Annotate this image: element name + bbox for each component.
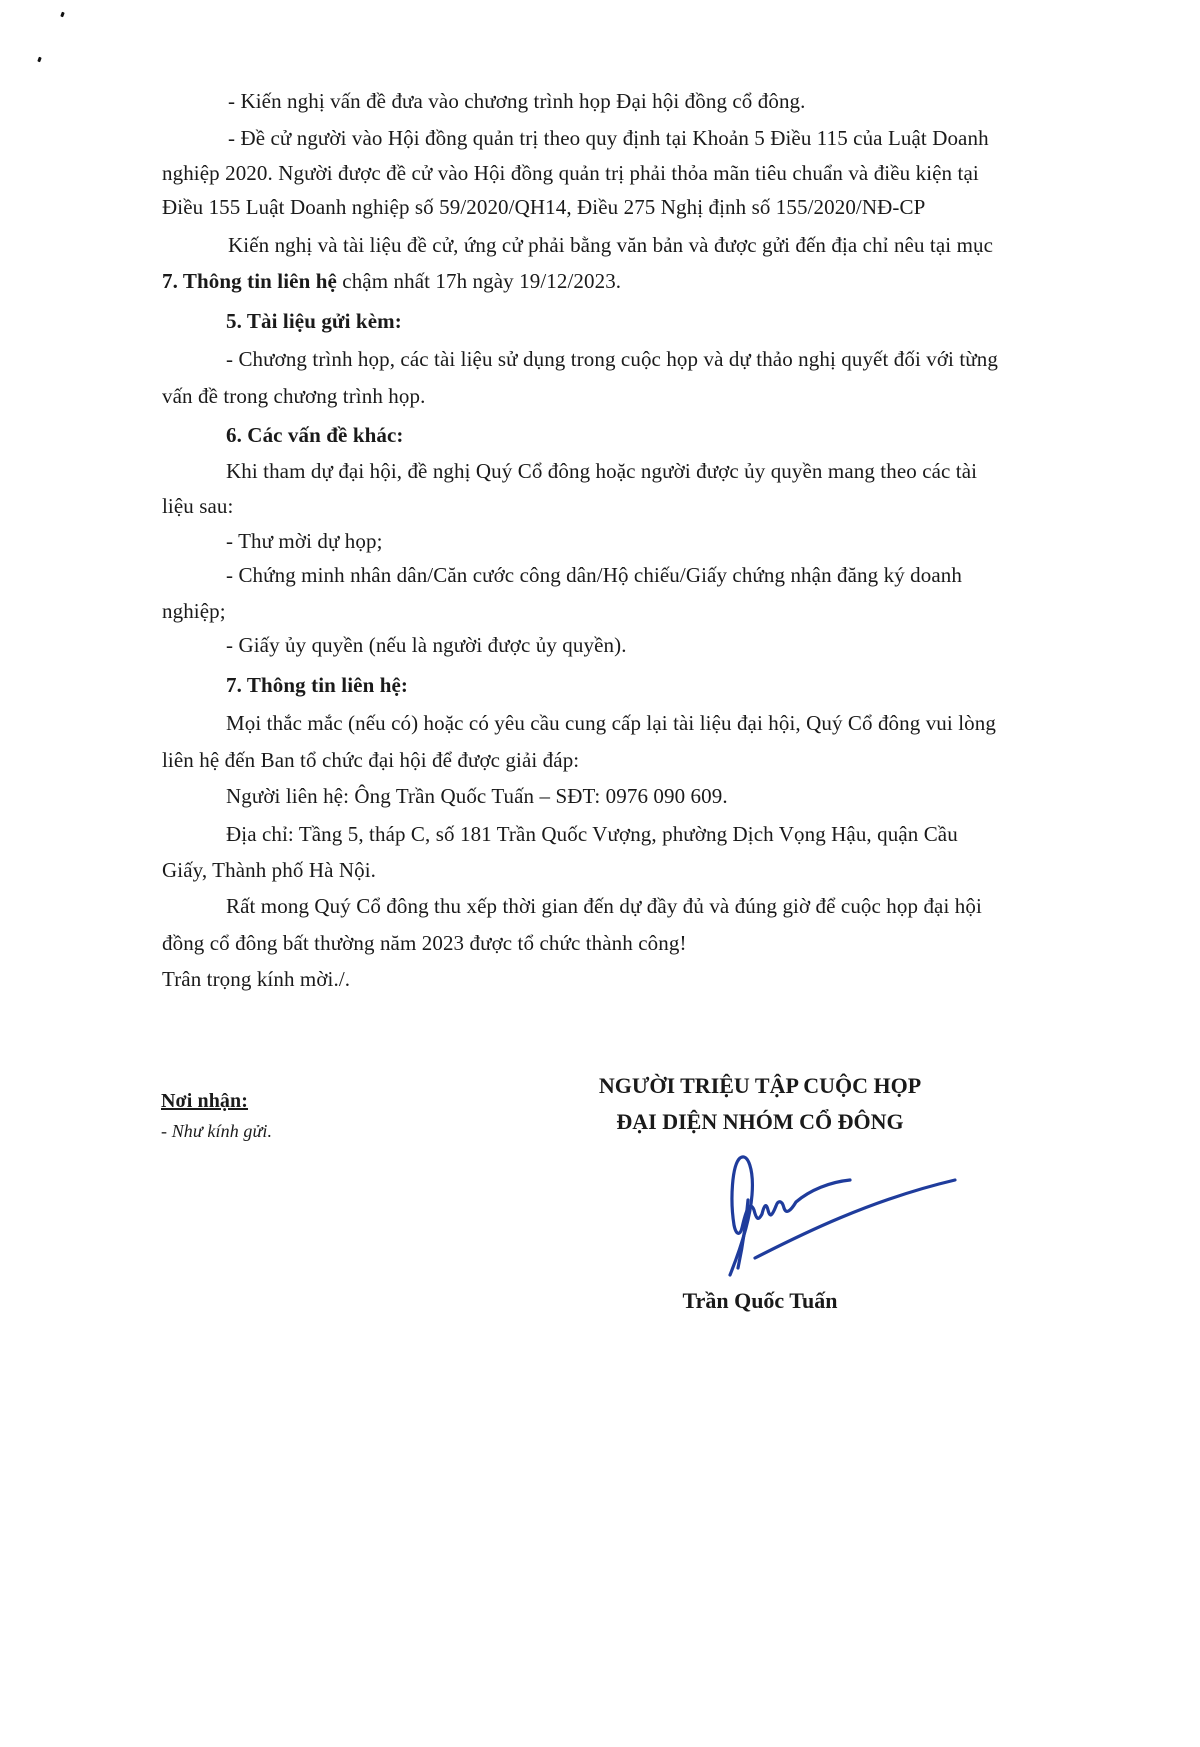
section-6-heading: 6. Các vấn đề khác: [226, 422, 404, 448]
paragraph-line: đồng cổ đông bất thường năm 2023 được tổ… [162, 930, 687, 956]
paragraph-line: vấn đề trong chương trình họp. [162, 383, 425, 409]
address-line: Giấy, Thành phố Hà Nội. [162, 857, 376, 883]
recipients-item: - Như kính gửi. [161, 1118, 272, 1144]
paragraph-line: liên hệ đến Ban tổ chức đại hội để được … [162, 747, 579, 773]
document-page: - Kiến nghị vấn đề đưa vào chương trình … [0, 0, 1200, 1747]
list-item: - Chứng minh nhân dân/Căn cước công dân/… [226, 562, 962, 588]
closing-line: Trân trọng kính mời./. [162, 966, 350, 992]
paragraph-line: liệu sau: [162, 493, 233, 519]
paragraph-line: Mọi thắc mắc (nếu có) hoặc có yêu cầu cu… [226, 710, 996, 736]
section-reference: 7. Thông tin liên hệ [162, 269, 337, 293]
paragraph-line: Kiến nghị và tài liệu đề cử, ứng cử phải… [228, 232, 993, 258]
signatory-title: NGƯỜI TRIỆU TẬP CUỘC HỌP ĐẠI DIỆN NHÓM C… [560, 1068, 960, 1140]
list-item: - Giấy ủy quyền (nếu là người được ủy qu… [226, 632, 627, 658]
paragraph-line: Rất mong Quý Cổ đông thu xếp thời gian đ… [226, 893, 982, 919]
paragraph-line: - Chương trình họp, các tài liệu sử dụng… [226, 346, 998, 372]
paragraph-line: Khi tham dự đại hội, đề nghị Quý Cổ đông… [226, 458, 977, 484]
handwritten-signature [700, 1140, 960, 1290]
scan-speck [37, 57, 42, 63]
paragraph-line: - Đề cử người vào Hội đồng quản trị theo… [228, 125, 989, 151]
scan-speck [60, 12, 65, 18]
section-5-heading: 5. Tài liệu gửi kèm: [226, 308, 402, 334]
paragraph-line: 7. Thông tin liên hệ chậm nhất 17h ngày … [162, 268, 621, 294]
paragraph-line: Điều 155 Luật Doanh nghiệp số 59/2020/QH… [162, 194, 925, 220]
signatory-title-line-2: ĐẠI DIỆN NHÓM CỔ ĐÔNG [560, 1104, 960, 1140]
paragraph-line: nghiệp 2020. Người được đề cử vào Hội đồ… [162, 160, 979, 186]
paragraph-line: nghiệp; [162, 598, 226, 624]
deadline-text: chậm nhất 17h ngày 19/12/2023. [342, 269, 621, 293]
section-7-heading: 7. Thông tin liên hệ: [226, 672, 408, 698]
list-item: - Thư mời dự họp; [226, 528, 383, 554]
signatory-name: Trần Quốc Tuấn [560, 1283, 960, 1319]
paragraph-line: - Kiến nghị vấn đề đưa vào chương trình … [228, 88, 806, 114]
contact-person: Người liên hệ: Ông Trần Quốc Tuấn – SĐT:… [226, 783, 728, 809]
recipients-label: Nơi nhận: [161, 1088, 248, 1114]
address-line: Địa chỉ: Tầng 5, tháp C, số 181 Trần Quố… [226, 821, 958, 847]
signatory-title-line-1: NGƯỜI TRIỆU TẬP CUỘC HỌP [560, 1068, 960, 1104]
